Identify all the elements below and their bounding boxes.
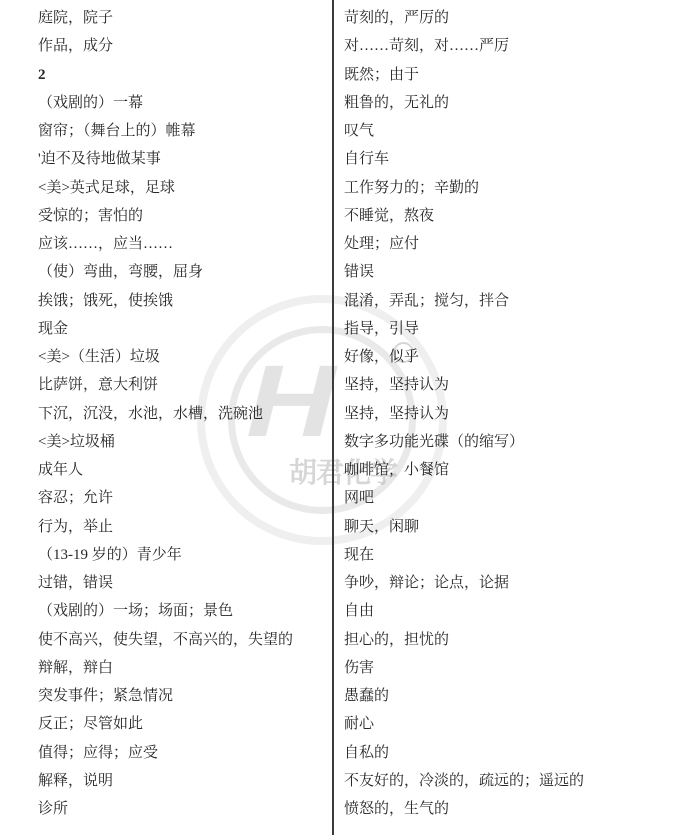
document-page: H 胡君化学 庭院，院子作品，成分2（戏剧的）一幕窗帘；（舞台上的）帷幕'迫不及… — [0, 0, 686, 835]
vocab-item: 挨饿；饿死，使挨饿 — [38, 287, 330, 315]
vocab-item: （13-19 岁的）青少年 — [38, 541, 330, 569]
vocab-item: （使）弯曲，弯腰，屈身 — [38, 258, 330, 286]
vocab-item: 好像，似乎 — [344, 343, 682, 371]
vocab-item: 比萨饼，意大利饼 — [38, 371, 330, 399]
vocab-item: 诊所 — [38, 795, 330, 823]
vocab-item: 咖啡馆，小餐馆 — [344, 456, 682, 484]
vocab-item: 行为，举止 — [38, 513, 330, 541]
vocab-item: 叹气 — [344, 117, 682, 145]
vocab-item: 混淆，弄乱；搅匀，拌合 — [344, 287, 682, 315]
vocab-item: <美>（生活）垃圾 — [38, 343, 330, 371]
vocab-item: <美>垃圾桶 — [38, 428, 330, 456]
vocab-item: 数字多功能光碟（的缩写） — [344, 428, 682, 456]
vocab-item: 现在 — [344, 541, 682, 569]
vocab-item: 伤害 — [344, 654, 682, 682]
vocab-item: 解释，说明 — [38, 767, 330, 795]
vocab-column-left: 庭院，院子作品，成分2（戏剧的）一幕窗帘；（舞台上的）帷幕'迫不及待地做某事<美… — [38, 4, 330, 823]
vocab-item: 使不高兴，使失望，不高兴的，失望的 — [38, 626, 330, 654]
vocab-item: 现金 — [38, 315, 330, 343]
vocab-item: 处理；应付 — [344, 230, 682, 258]
vocab-item: 既然；由于 — [344, 61, 682, 89]
vocab-item: 粗鲁的，无礼的 — [344, 89, 682, 117]
vocab-column-right: 苛刻的，严厉的对……苛刻，对……严厉既然；由于粗鲁的，无礼的叹气自行车工作努力的… — [344, 4, 682, 823]
vocab-item: 辩解，辩白 — [38, 654, 330, 682]
vocab-item: 错误 — [344, 258, 682, 286]
vocab-item: 对……苛刻，对……严厉 — [344, 32, 682, 60]
vocab-item: 指导，引导 — [344, 315, 682, 343]
vocab-item: 成年人 — [38, 456, 330, 484]
vocab-item: '迫不及待地做某事 — [38, 145, 330, 173]
vocab-item: 聊天，闲聊 — [344, 513, 682, 541]
vocab-item: 下沉，沉没，水池，水槽，洗碗池 — [38, 400, 330, 428]
vocab-item: 应该……，应当…… — [38, 230, 330, 258]
vocab-item: 2 — [38, 61, 330, 89]
vocab-item: 容忍；允许 — [38, 484, 330, 512]
vocab-item: 担心的，担忧的 — [344, 626, 682, 654]
vocab-item: 窗帘；（舞台上的）帷幕 — [38, 117, 330, 145]
vocab-item: 自私的 — [344, 739, 682, 767]
vocab-item: 受惊的；害怕的 — [38, 202, 330, 230]
vocab-item: 突发事件；紧急情况 — [38, 682, 330, 710]
vocab-item: 自由 — [344, 597, 682, 625]
vocab-item: （戏剧的）一幕 — [38, 89, 330, 117]
vocab-item: 耐心 — [344, 710, 682, 738]
vocab-item: 反正；尽管如此 — [38, 710, 330, 738]
vocab-item: 愚蠢的 — [344, 682, 682, 710]
vocab-item: 作品，成分 — [38, 32, 330, 60]
vocab-item: <美>英式足球，足球 — [38, 174, 330, 202]
column-divider — [332, 0, 334, 835]
vocab-item: 苛刻的，严厉的 — [344, 4, 682, 32]
vocab-item: 坚持，坚持认为 — [344, 371, 682, 399]
vocab-item: 争吵，辩论；论点，论据 — [344, 569, 682, 597]
vocab-item: 愤怒的，生气的 — [344, 795, 682, 823]
vocab-item: 坚持，坚持认为 — [344, 400, 682, 428]
vocab-item: 不友好的，冷淡的，疏远的；遥远的 — [344, 767, 682, 795]
vocab-item: 不睡觉，熬夜 — [344, 202, 682, 230]
vocab-item: 值得；应得；应受 — [38, 739, 330, 767]
vocab-item: 过错，错误 — [38, 569, 330, 597]
vocab-item: 网吧 — [344, 484, 682, 512]
vocab-item: 自行车 — [344, 145, 682, 173]
vocab-item: （戏剧的）一场；场面；景色 — [38, 597, 330, 625]
vocab-item: 工作努力的；辛勤的 — [344, 174, 682, 202]
vocab-item: 庭院，院子 — [38, 4, 330, 32]
